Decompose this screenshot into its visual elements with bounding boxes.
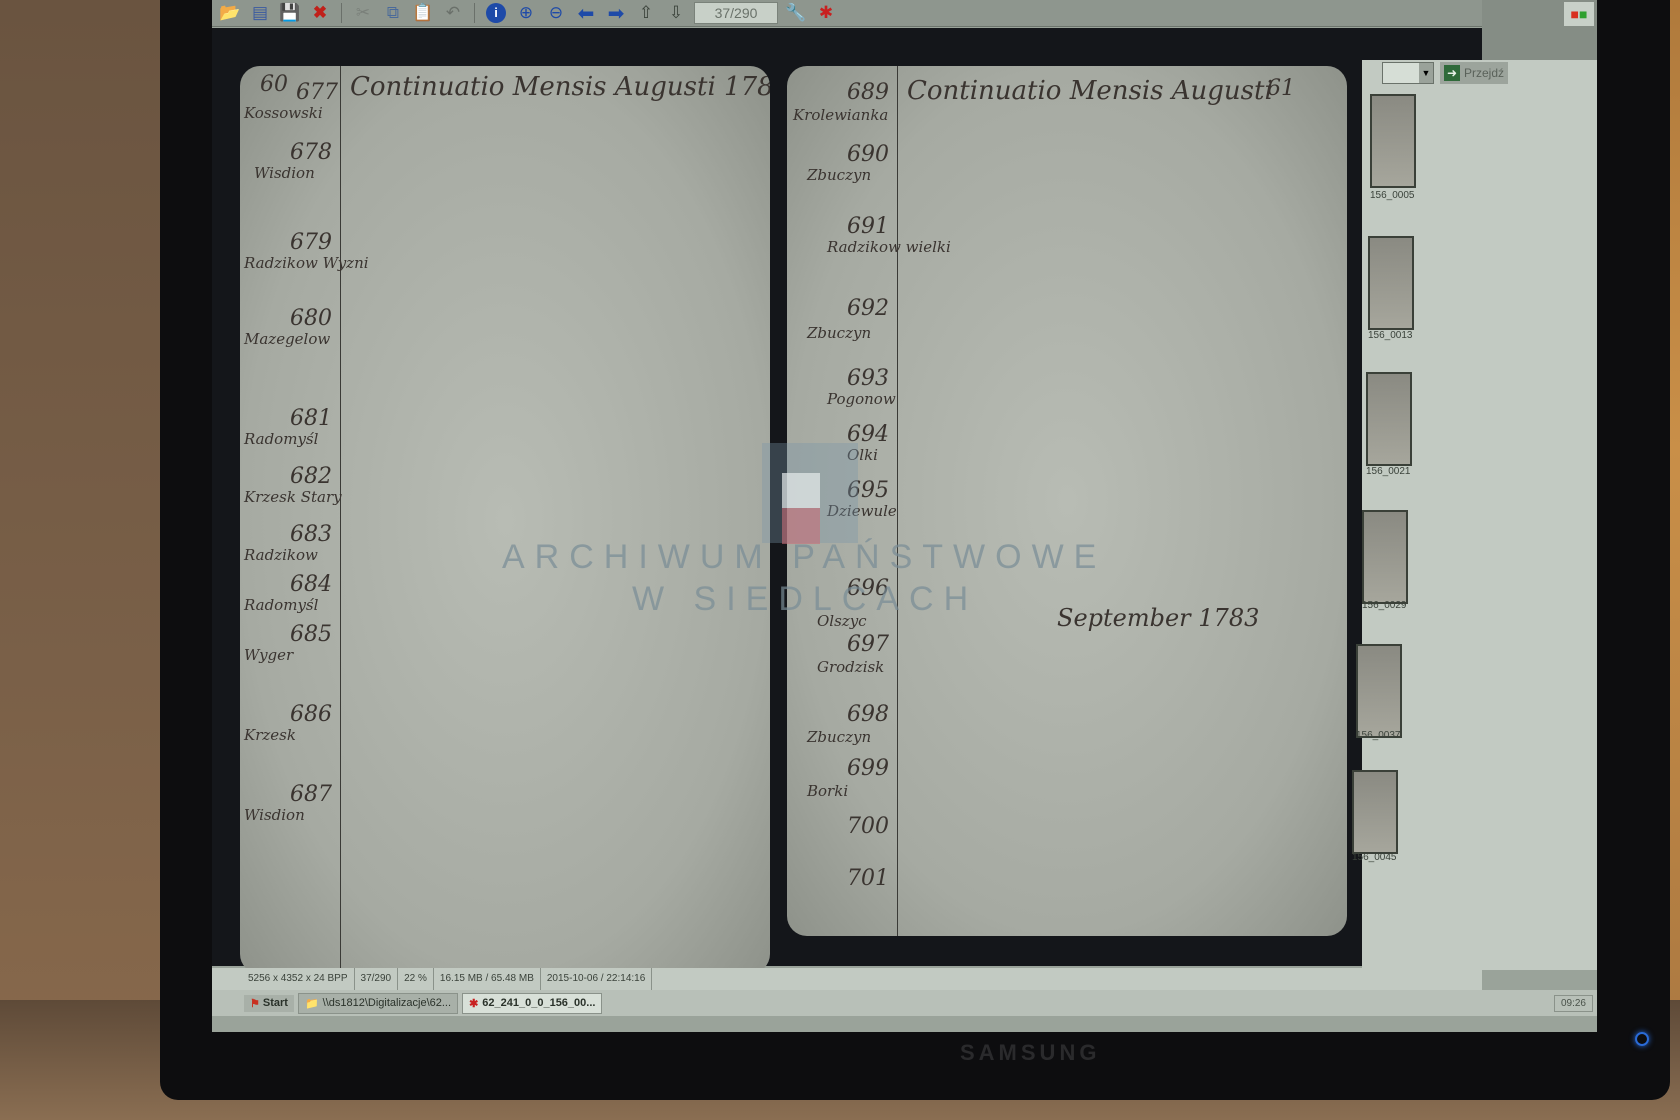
entry-place: Radomyśl: [244, 430, 318, 448]
entry-number: 697: [847, 632, 889, 657]
zoom-in-icon[interactable]: ⊕: [514, 2, 538, 24]
cut-icon[interactable]: ✂: [351, 2, 375, 24]
start-label: Start: [263, 997, 288, 1009]
arrow-right-icon: ➜: [1444, 65, 1460, 81]
entry-number: 677: [296, 80, 338, 105]
entry-place: Pogonow: [827, 390, 896, 408]
entry-number: 689: [847, 80, 889, 105]
folder-icon: 📁: [305, 997, 319, 1010]
entry-place: Wisdion: [254, 164, 315, 182]
page-up-icon[interactable]: ⇧: [634, 2, 658, 24]
taskbar: ⚑ Start 📁 \\ds1812\Digitalizacje\62... ✱…: [212, 990, 1597, 1016]
entry-place: Radomyśl: [244, 596, 318, 614]
close-icon[interactable]: ✖: [308, 2, 332, 24]
power-icon[interactable]: [1635, 1032, 1649, 1046]
entry-number: 682: [290, 464, 332, 489]
windows-logo-icon: ■■: [1564, 2, 1594, 26]
entry-place: Zbuczyn: [807, 324, 871, 342]
entry-number: 701: [847, 866, 889, 891]
image-icon[interactable]: ▤: [248, 2, 272, 24]
next-icon[interactable]: ➡: [604, 2, 628, 24]
status-memory: 16.15 MB / 65.48 MB: [434, 968, 541, 990]
settings-tools-icon[interactable]: 🔧: [784, 2, 808, 24]
toolbar-separator: [474, 3, 475, 23]
thumbnail[interactable]: [1362, 510, 1408, 604]
windows-flag-icon: ⚑: [250, 997, 260, 1010]
paste-icon[interactable]: 📋: [411, 2, 435, 24]
entry-number: 692: [847, 296, 889, 321]
folder-combo[interactable]: ▼: [1382, 62, 1434, 84]
entry-place: Kossowski: [244, 104, 323, 122]
thumbnail-label: 156_0037: [1356, 730, 1401, 741]
watermark-line1: ARCHIWUM PAŃSTWOWE: [502, 538, 1106, 577]
toolbar: 📂 ▤ 💾 ✖ ✂ ⧉ 📋 ↶ i ⊕ ⊖ ⬅ ➡ ⇧ ⇩ 37/290 🔧 ✱: [212, 0, 1488, 27]
entry-number: 698: [847, 702, 889, 727]
zoom-out-icon[interactable]: ⊖: [544, 2, 568, 24]
document-page-left: 60 Continuatio Mensis Augusti 1783 677 K…: [240, 66, 770, 974]
taskbar-item-viewer[interactable]: ✱ 62_241_0_0_156_00...: [462, 993, 602, 1014]
thumbnail-label: 156_0045: [1352, 852, 1397, 863]
system-clock: 09:26: [1554, 995, 1593, 1012]
watermark-line2: W SIEDLCACH: [632, 580, 978, 619]
page-number: 61: [1267, 76, 1295, 101]
background-wall: [0, 0, 160, 1120]
entry-place: Zbuczyn: [807, 728, 871, 746]
entry-place: Wyger: [244, 646, 293, 664]
open-folder-icon[interactable]: 📂: [218, 2, 242, 24]
entry-number: 685: [290, 622, 332, 647]
toolbar-separator: [341, 3, 342, 23]
thumbnail[interactable]: [1368, 236, 1414, 330]
status-page: 37/290: [355, 968, 399, 990]
entry-place: Grodzisk: [817, 658, 884, 676]
flag-white: [782, 473, 820, 508]
entry-number: 700: [847, 814, 889, 839]
page-down-icon[interactable]: ⇩: [664, 2, 688, 24]
document-page-right: Continuatio Mensis Augusti 61 689 Krolew…: [787, 66, 1347, 936]
undo-icon[interactable]: ↶: [441, 2, 465, 24]
thumbnail-label: 156_0029: [1362, 600, 1407, 611]
thumbnail[interactable]: [1370, 94, 1416, 188]
entry-number: 687: [290, 782, 332, 807]
entry-number: 693: [847, 366, 889, 391]
status-zoom: 22 %: [398, 968, 434, 990]
info-icon[interactable]: i: [484, 2, 508, 24]
page-indicator-input[interactable]: 37/290: [694, 2, 778, 24]
margin-rule: [897, 66, 898, 936]
thumbnail[interactable]: [1356, 644, 1402, 738]
entry-place: Radzikow: [244, 546, 318, 564]
entry-number: 684: [290, 572, 332, 597]
copy-icon[interactable]: ⧉: [381, 2, 405, 24]
entry-number: 699: [847, 756, 889, 781]
entry-number: 690: [847, 142, 889, 167]
thumbnail[interactable]: [1366, 372, 1412, 466]
save-icon[interactable]: 💾: [278, 2, 302, 24]
page-header: Continuatio Mensis Augusti: [907, 76, 1273, 106]
thumbnail[interactable]: [1352, 770, 1398, 854]
entry-place: Krzesk: [244, 726, 296, 744]
entry-number: 681: [290, 406, 332, 431]
entry-place: Krzesk Stary: [244, 488, 342, 506]
screen: 📂 ▤ 💾 ✖ ✂ ⧉ 📋 ↶ i ⊕ ⊖ ⬅ ➡ ⇧ ⇩ 37/290 🔧 ✱…: [212, 0, 1597, 1032]
entry-place: Radzikow wielki: [827, 238, 951, 256]
effects-icon[interactable]: ✱: [814, 2, 838, 24]
entry-place: Wisdion: [244, 806, 305, 824]
entry-number: 680: [290, 306, 332, 331]
navigation-row: ▼ ➜ Przejdź: [1382, 62, 1508, 84]
entry-number: 686: [290, 702, 332, 727]
viewer-app-icon: ✱: [469, 997, 478, 1010]
entry-place: Zbuczyn: [807, 166, 871, 184]
entry-place: Borki: [807, 782, 848, 800]
previous-icon[interactable]: ⬅: [574, 2, 598, 24]
go-button-label: Przejdź: [1464, 66, 1504, 80]
page-header: Continuatio Mensis Augusti 1783: [350, 72, 770, 102]
thumbnail-label: 156_0013: [1368, 330, 1413, 341]
entry-place: Krolewianka: [793, 106, 888, 124]
entry-number: 691: [847, 214, 889, 239]
monitor-brand: SAMSUNG: [960, 1040, 1100, 1066]
status-datetime: 2015-10-06 / 22:14:16: [541, 968, 652, 990]
status-bar: 5256 x 4352 x 24 BPP 37/290 22 % 16.15 M…: [212, 968, 1482, 990]
entry-place: Radzikow Wyzni: [244, 254, 369, 272]
image-viewer[interactable]: 60 Continuatio Mensis Augusti 1783 677 K…: [212, 28, 1482, 966]
thumbnail-panel: 156_0005 156_0013 156_0021 156_0029 156_…: [1362, 60, 1597, 970]
task-label: \\ds1812\Digitalizacje\62...: [323, 997, 451, 1009]
status-dimensions: 5256 x 4352 x 24 BPP: [242, 968, 355, 990]
entry-number: 679: [290, 230, 332, 255]
entry-number: 678: [290, 140, 332, 165]
taskbar-item-explorer[interactable]: 📁 \\ds1812\Digitalizacje\62...: [298, 993, 458, 1014]
go-button[interactable]: ➜ Przejdź: [1440, 62, 1508, 84]
start-button[interactable]: ⚑ Start: [244, 995, 294, 1012]
month-heading: September 1783: [1057, 604, 1259, 632]
margin-rule: [340, 66, 341, 974]
thumbnail-label: 156_0021: [1366, 466, 1411, 477]
task-label: 62_241_0_0_156_00...: [482, 997, 595, 1009]
page-number: 60: [260, 72, 288, 97]
chevron-down-icon[interactable]: ▼: [1419, 63, 1433, 83]
entry-place: Mazegelow: [244, 330, 330, 348]
thumbnail-label: 156_0005: [1370, 190, 1415, 201]
entry-number: 683: [290, 522, 332, 547]
